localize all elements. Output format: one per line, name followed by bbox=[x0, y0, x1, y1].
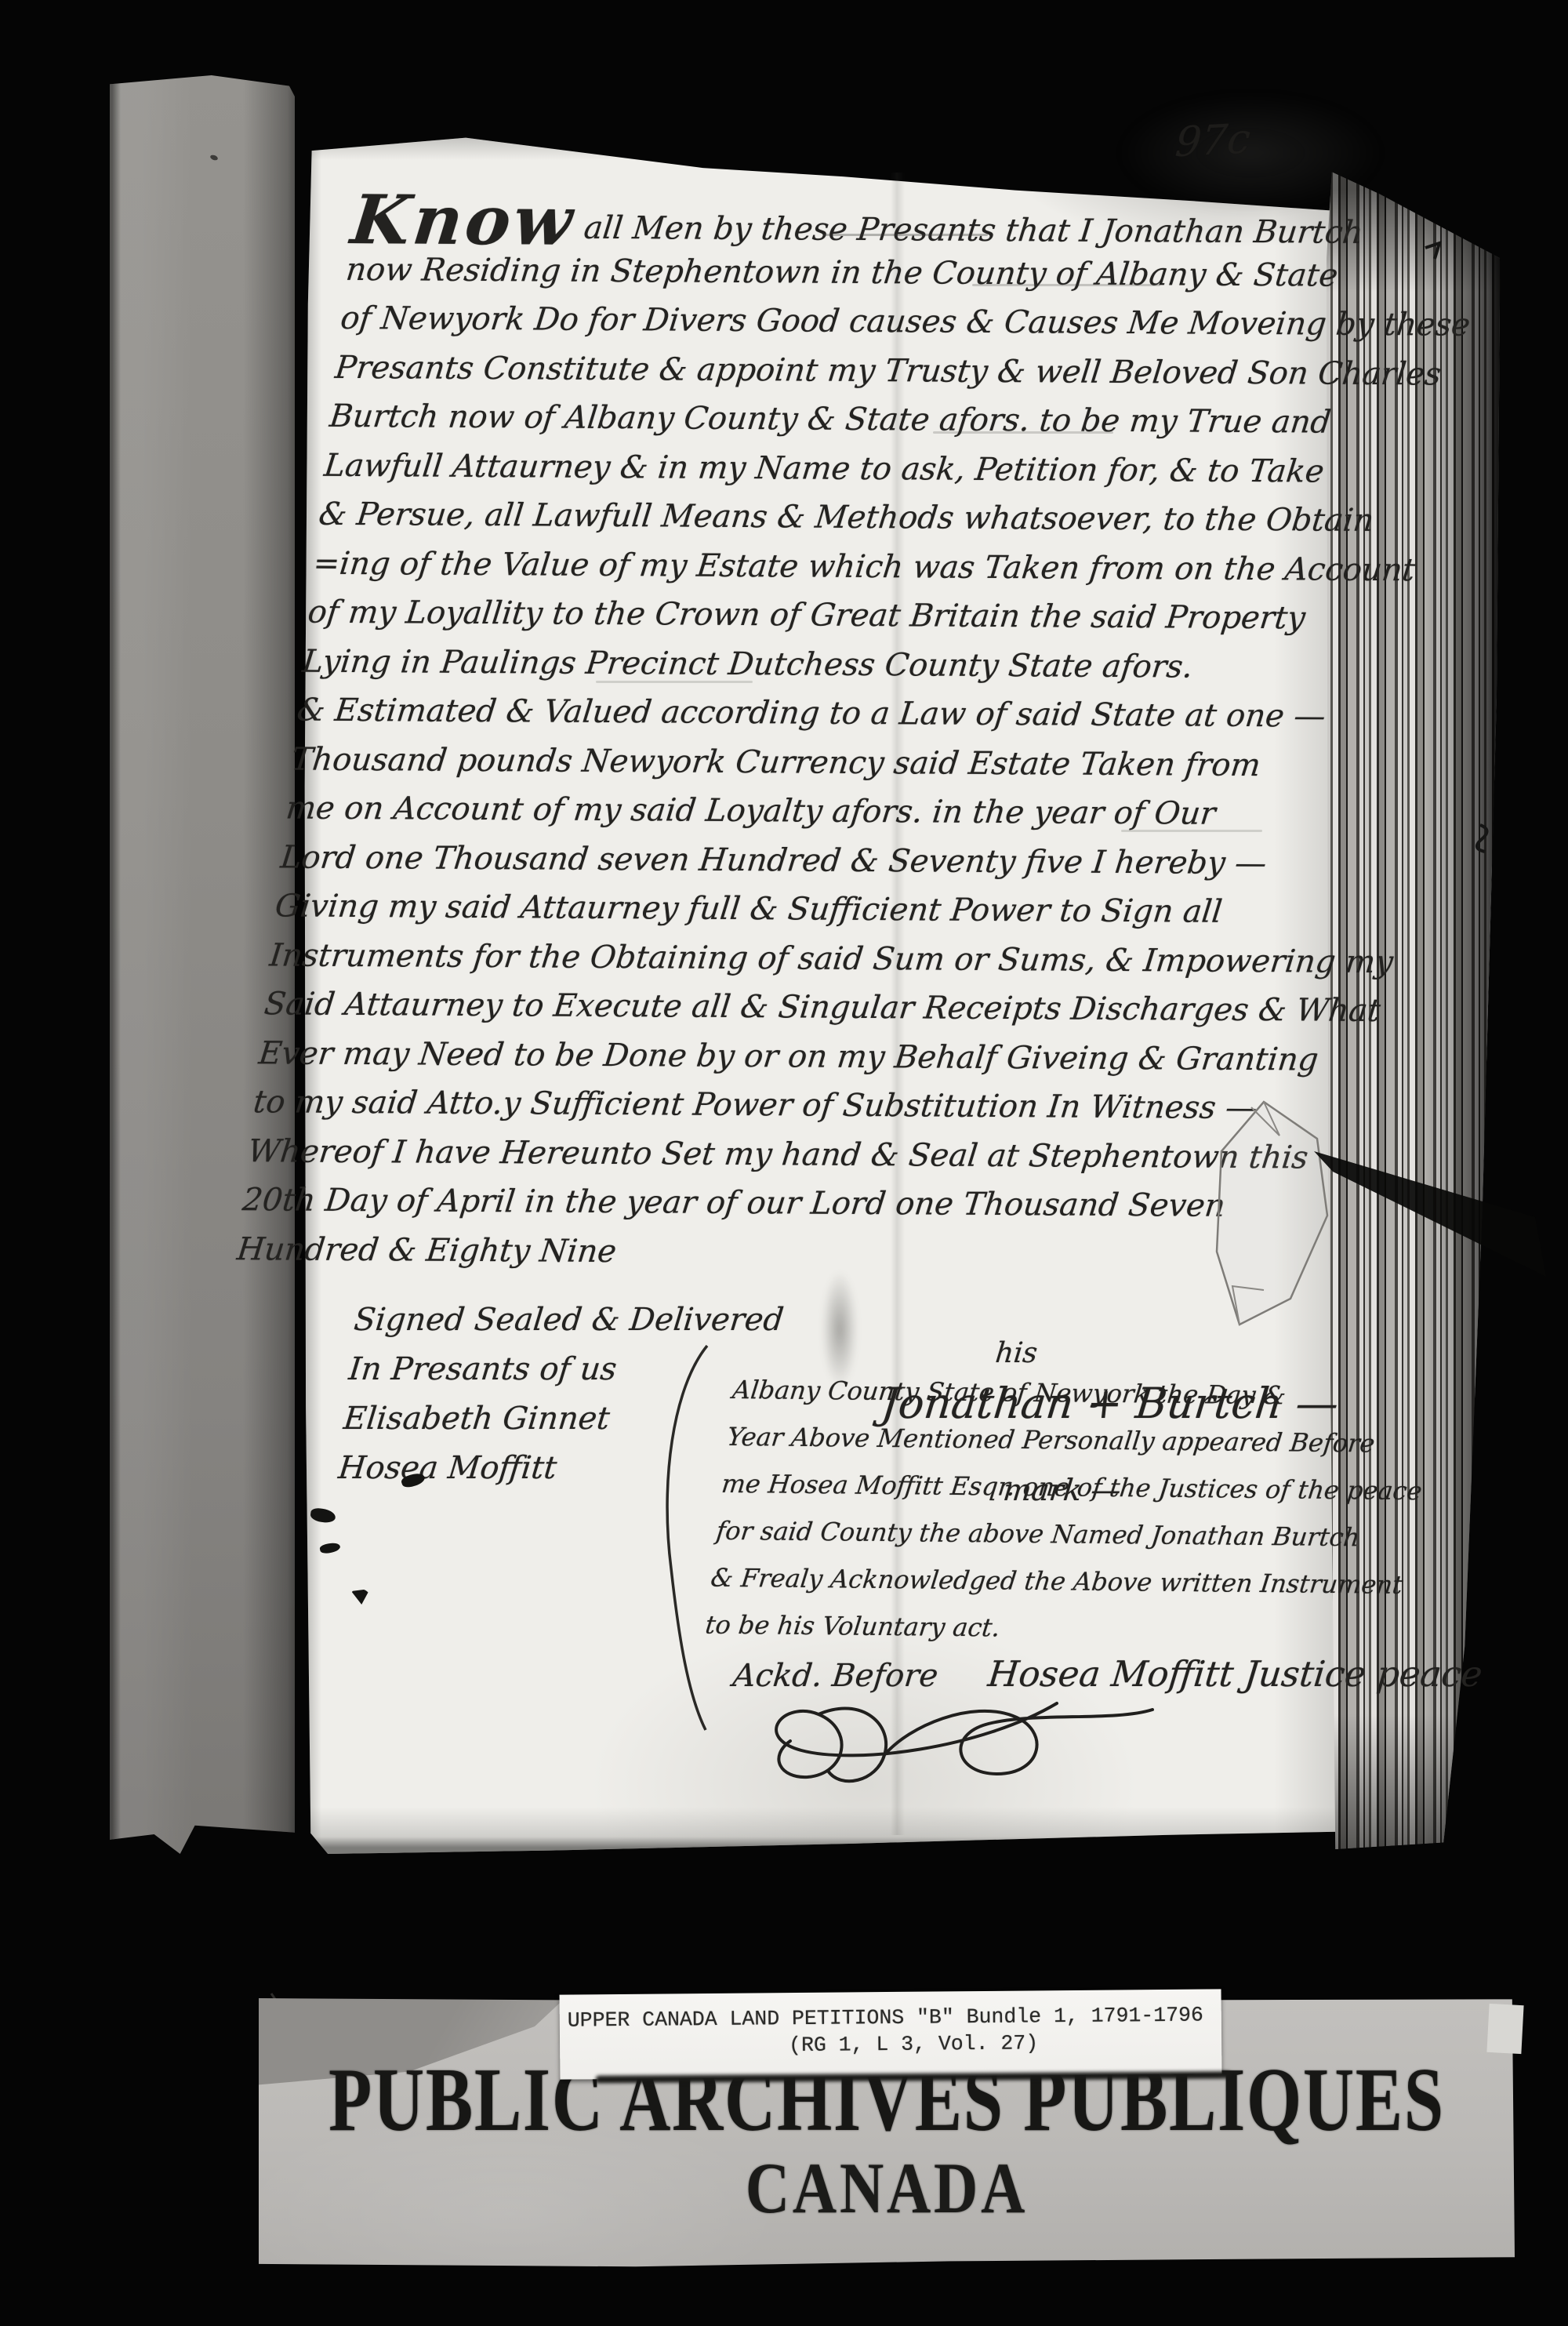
page-number: 97c bbox=[1174, 115, 1252, 166]
jurat-line: for said County the above Named Jonathan… bbox=[713, 1507, 1419, 1561]
body-line: Said Attaurney to Execute all & Singular… bbox=[262, 979, 1396, 1035]
body-line: now Residing in Stephentown in the Count… bbox=[343, 245, 1478, 300]
jurat-paragraph: Albany County State of Newyork the Day &… bbox=[730, 1366, 1436, 1420]
witness-line: In Presants of us bbox=[347, 1345, 781, 1394]
signature-his: his bbox=[994, 1337, 1039, 1369]
body-line: Hundred & Eighty Nine bbox=[234, 1225, 1369, 1281]
scan-artifact-line bbox=[823, 234, 988, 236]
left-page-edge-strip bbox=[110, 75, 295, 1854]
scan-artifact-line bbox=[972, 284, 1160, 286]
body-line: Ever may Need to be Done by or on my Beh… bbox=[256, 1029, 1391, 1085]
microfilm-scan: { "page_number": "97c", "document": { "o… bbox=[0, 0, 1568, 2326]
body-line: Presants Constitute & appoint my Trusty … bbox=[332, 343, 1467, 398]
witness-block: Signed Sealed & DeliveredIn Presants of … bbox=[351, 1296, 786, 1345]
body-line: Lord one Thousand seven Hundred & Sevent… bbox=[278, 833, 1413, 889]
archive-reference-label: UPPER CANADA LAND PETITIONS "B" Bundle 1… bbox=[560, 1989, 1222, 2079]
body-line: to my said Atto.y Sufficient Power of Su… bbox=[251, 1078, 1385, 1133]
body-line: Lawfull Attaurney & in my Name to ask, P… bbox=[321, 441, 1456, 496]
attestation-line: Ackd. Before Hosea Moffitt Justice peace bbox=[731, 1653, 1484, 1695]
attestation-ack: Ackd. Before bbox=[731, 1658, 940, 1694]
body-line: 20th Day of April in the year of our Lor… bbox=[240, 1176, 1374, 1231]
attestation-signature: Hosea Moffitt Justice peace bbox=[986, 1653, 1485, 1695]
jurat-line: & Frealy Acknowledged the Above written … bbox=[708, 1554, 1414, 1608]
witness-line: Elisabeth Ginnet bbox=[341, 1394, 775, 1444]
body-line: of Newyork Do for Divers Good causes & C… bbox=[338, 294, 1472, 350]
scan-artifact-line bbox=[596, 681, 753, 683]
handwritten-body: Know all Men by these Presants that I Jo… bbox=[343, 196, 1483, 301]
opening-line-rest: all Men by these Presants that I Jonatha… bbox=[582, 210, 1364, 251]
body-line: =ing of the Value of my Estate which was… bbox=[310, 539, 1445, 594]
body-line: Lying in Paulings Precinct Dutchess Coun… bbox=[299, 637, 1434, 692]
body-line: of my Loyallity to the Crown of Great Br… bbox=[305, 588, 1439, 644]
body-line: Burtch now of Albany County & State afor… bbox=[327, 392, 1461, 448]
body-line: Instruments for the Obtaining of said Su… bbox=[267, 931, 1402, 987]
white-paper-fragment bbox=[1486, 2004, 1523, 2054]
body-line: & Estimated & Valued according to a Law … bbox=[295, 686, 1429, 742]
witness-line: Hosea Moffitt bbox=[336, 1444, 771, 1493]
jurat-line: Year Above Mentioned Personally appeared… bbox=[724, 1413, 1430, 1467]
body-line: Giving my said Attaurney full & Sufficie… bbox=[273, 881, 1407, 937]
body-line: & Persue, all Lawfull Means & Methods wh… bbox=[316, 490, 1450, 546]
banner-subtitle: CANADA bbox=[290, 2147, 1483, 2230]
scan-artifact-line bbox=[933, 431, 1113, 434]
body-line: Thousand pounds Newyork Currency said Es… bbox=[289, 735, 1424, 790]
jurat-line: me Hosea Moffitt Esqr. one of the Justic… bbox=[719, 1460, 1425, 1514]
body-opening-line: Know all Men by these Presants that I Jo… bbox=[349, 196, 1483, 252]
body-line: Whereof I have Hereunto Set my hand & Se… bbox=[245, 1127, 1380, 1183]
scan-artifact-line bbox=[1121, 830, 1262, 832]
witness-line: Signed Sealed & Delivered bbox=[351, 1296, 786, 1345]
jurat-line: to be his Voluntary act. bbox=[702, 1601, 1408, 1655]
jurat-line: Albany County State of Newyork the Day & bbox=[730, 1366, 1436, 1420]
